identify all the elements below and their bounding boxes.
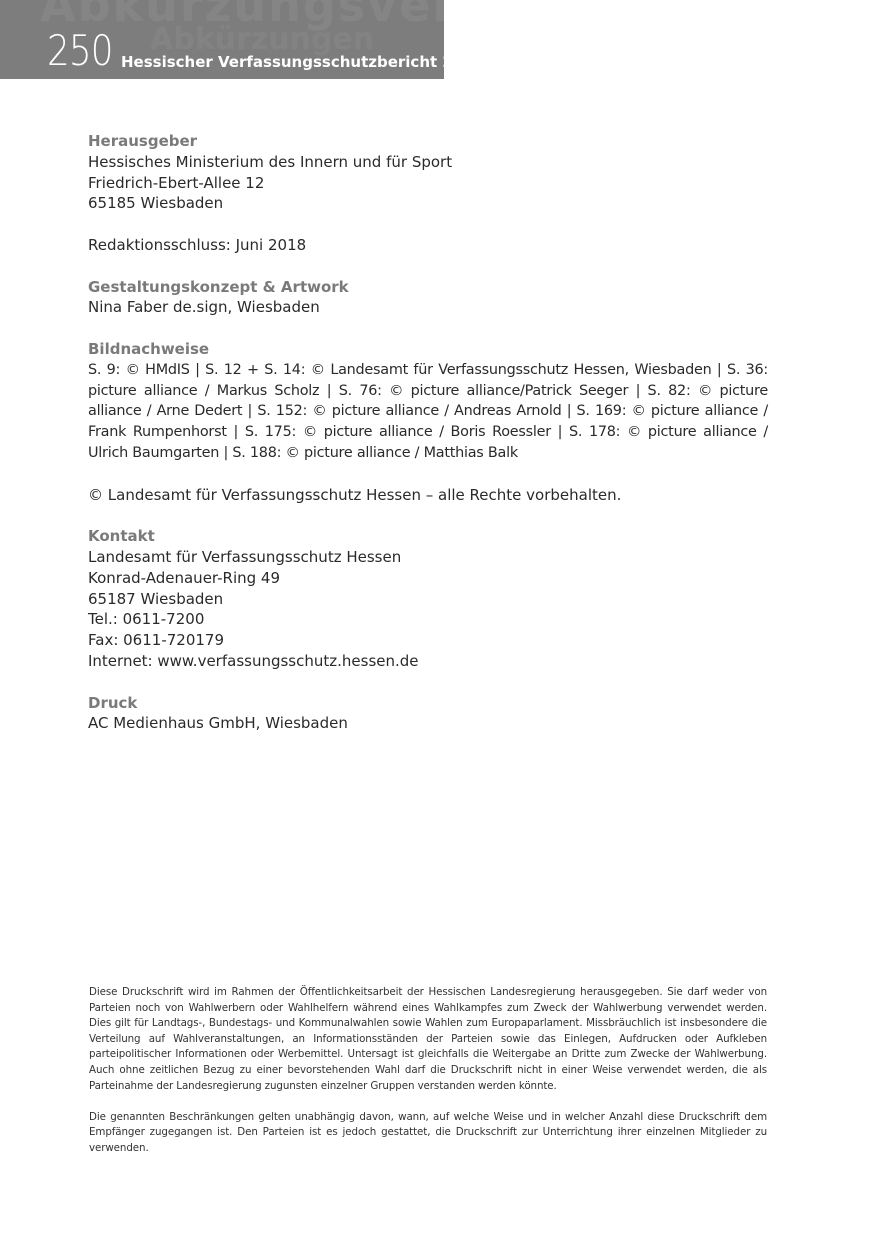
print-label: Druck (88, 693, 768, 714)
editorial-deadline-section: Redaktionsschluss: Juni 2018 (88, 235, 768, 256)
contact-fax: Fax: 0611-720179 (88, 630, 768, 651)
legal-notice: Diese Druckschrift wird im Rahmen der Öf… (89, 985, 767, 1172)
contact-section: Kontakt Landesamt für Verfassungsschutz … (88, 526, 768, 672)
print-company: AC Medienhaus GmbH, Wiesbaden (88, 713, 768, 734)
report-title: Hessischer Verfassungsschutzbericht 2017 (121, 53, 444, 71)
contact-label: Kontakt (88, 526, 768, 547)
header-watermark-secondary: Abkürzungen (150, 22, 374, 57)
page-number: 250 (47, 28, 113, 74)
imprint: Herausgeber Hessisches Ministerium des I… (88, 131, 768, 755)
copyright-section: © Landesamt für Verfassungsschutz Hessen… (88, 485, 768, 506)
publisher-name: Hessisches Ministerium des Innern und fü… (88, 152, 768, 173)
publisher-label: Herausgeber (88, 131, 768, 152)
publisher-street: Friedrich-Ebert-Allee 12 (88, 173, 768, 194)
legal-notice-paragraph: Die genannten Beschränkungen gelten unab… (89, 1110, 767, 1157)
publisher-city: 65185 Wiesbaden (88, 193, 768, 214)
image-credits-section: Bildnachweise S. 9: © HMdIS | S. 12 + S.… (88, 339, 768, 464)
page-header-band: Abkürzungsverzeichnis Abkürzungen 250 He… (0, 0, 444, 79)
legal-notice-paragraph: Diese Druckschrift wird im Rahmen der Öf… (89, 985, 767, 1094)
contact-street: Konrad-Adenauer-Ring 49 (88, 568, 768, 589)
publisher-section: Herausgeber Hessisches Ministerium des I… (88, 131, 768, 214)
copyright-notice: © Landesamt für Verfassungsschutz Hessen… (88, 485, 768, 506)
print-section: Druck AC Medienhaus GmbH, Wiesbaden (88, 693, 768, 735)
contact-city: 65187 Wiesbaden (88, 589, 768, 610)
contact-internet: Internet: www.verfassungsschutz.hessen.d… (88, 651, 768, 672)
contact-organization: Landesamt für Verfassungsschutz Hessen (88, 547, 768, 568)
design-label: Gestaltungskonzept & Artwork (88, 277, 768, 298)
editorial-deadline: Redaktionsschluss: Juni 2018 (88, 235, 768, 256)
design-section: Gestaltungskonzept & Artwork Nina Faber … (88, 277, 768, 319)
design-credit: Nina Faber de.sign, Wiesbaden (88, 297, 768, 318)
image-credits-label: Bildnachweise (88, 339, 768, 360)
contact-phone: Tel.: 0611-7200 (88, 609, 768, 630)
image-credits-text: S. 9: © HMdIS | S. 12 + S. 14: © Landesa… (88, 360, 768, 464)
